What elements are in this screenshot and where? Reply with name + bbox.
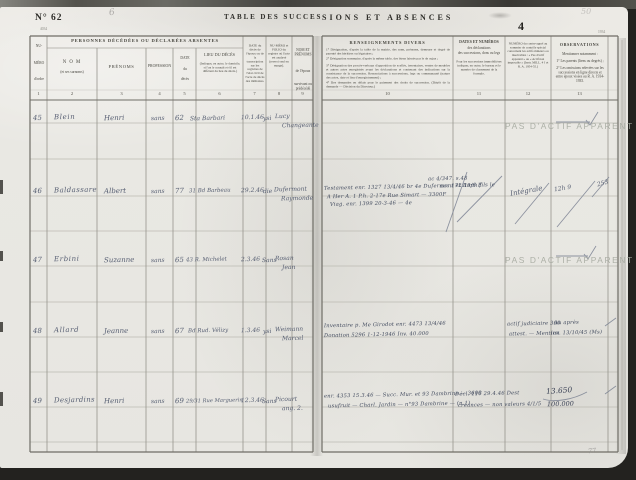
- entry-age: 67: [175, 327, 184, 335]
- col11-sub2: des successions, dons ou legs: [455, 51, 503, 55]
- col10-paragraph-1: 1° Désignation, d'après la table de la m…: [326, 48, 450, 56]
- entry-nom: Allard: [54, 326, 79, 335]
- entry-date-depot: 29.2.46: [241, 187, 264, 194]
- col11-title: DATES ET NUMÉROS: [453, 40, 505, 44]
- col9-line3: survivant ou prédécédé: [293, 82, 312, 91]
- col9-number: 9: [292, 91, 313, 96]
- col11-note: Pour les successions immobilières indiqu…: [456, 60, 502, 76]
- entry-epoux-2: ang. 2.: [282, 405, 303, 412]
- entry-lieu: 29/31 Rue Marguerin: [186, 397, 243, 404]
- col3-title: PRÉNOMS: [97, 64, 146, 69]
- entry-folio: ysi: [263, 328, 272, 335]
- entry-num: 46: [33, 187, 42, 195]
- col4-number: 4: [146, 91, 173, 96]
- page-title-left: TABLE DES SUCCES: [224, 13, 322, 21]
- entry-lieu: 31 Bd Barbeau: [189, 188, 231, 195]
- col5-line1: DATE: [173, 56, 196, 60]
- print-reference: 1934: [598, 30, 628, 34]
- entry-date-depot: 1.3.46: [241, 327, 260, 334]
- col6-note: (Indiquer, en outre, le domicile, si l'o…: [198, 62, 241, 74]
- col11-number: 11: [453, 91, 505, 96]
- pencil-top-right: 50: [581, 7, 591, 16]
- page-title-right: SIONS ET ABSENCES: [322, 13, 453, 22]
- col5-number: 5: [173, 91, 196, 96]
- col9-line1: NOM ET PRÉNOMS: [293, 48, 312, 57]
- col3-number: 3: [97, 91, 146, 96]
- form-number: N° 62: [35, 13, 63, 23]
- col7-number: 7: [243, 91, 266, 96]
- entry-epoux: Dufermont: [274, 186, 307, 194]
- entry-date-depot: 2.3.46: [241, 256, 260, 263]
- entry-epoux-2: Raymonde: [281, 195, 313, 203]
- entry-folio: ysi: [263, 115, 272, 122]
- entry-epoux-2: Marcel: [282, 335, 304, 342]
- pencil-annotation: 6: [108, 8, 115, 19]
- col5-line2: du: [173, 67, 196, 71]
- col8-text: NU-MÉRO et FOLIO du registre où l'acte e…: [268, 44, 290, 68]
- col13-sub3: 2° Les omissions relevées sur les succes…: [554, 66, 605, 83]
- col13-sub2: 1° Les parents (liens ou degrés) ;: [554, 59, 605, 63]
- col6-number: 6: [196, 91, 243, 96]
- entry-prenoms: Albert: [104, 187, 126, 195]
- entry-epoux: Weimann: [275, 326, 303, 334]
- entry-num: 45: [33, 114, 42, 122]
- entry-col13-note-2: inv. 13/10/45 (Ms): [551, 329, 602, 336]
- form-reference: 4034: [40, 27, 70, 31]
- col1-line1: NU-: [30, 44, 47, 48]
- entry-profession: sans: [151, 115, 165, 122]
- entry-date-depot: 10.1.46: [241, 114, 264, 121]
- col2-number: 2: [47, 91, 97, 96]
- entry-folio: die: [263, 188, 272, 195]
- entry-profession: sans: [151, 328, 165, 335]
- entry-age: 77: [175, 187, 184, 195]
- entry-epoux: Picourt: [275, 396, 297, 403]
- col1-number: 1: [30, 91, 47, 96]
- entry-col13-note: Au après: [554, 320, 579, 327]
- entry-lieu: Bd Rud. Vélizy: [188, 328, 228, 335]
- group-header: PERSONNES DÉCÉDÉES OU DÉCLARÉES ABSENTES: [47, 38, 243, 43]
- entry-profession: sans: [151, 188, 165, 195]
- entry-col12-note: actif judiciaire 300: [507, 320, 561, 327]
- entry-prenoms: Henri: [104, 397, 125, 405]
- scanned-register-spread: N° 62 4034 6 TABLE DES SUCCES SIONS ET A…: [0, 0, 636, 480]
- entry-epoux: Lucy: [275, 113, 290, 120]
- col13-sub1: Mentionner notamment :: [554, 52, 605, 56]
- entry-col11-note: acc 172.19/8 E: [440, 183, 482, 190]
- col1-line3: d'ordre: [30, 77, 47, 81]
- entry-note-above: ac 4/347. s.48: [428, 176, 468, 183]
- entry-lieu: Sta Barbari: [190, 115, 225, 123]
- entry-epoux-2: Jean: [282, 264, 296, 271]
- col10-paragraph-2: 2° Désignation sommaire, d'après la même…: [326, 57, 450, 61]
- entry-amount-2: 100.000: [547, 400, 574, 409]
- entry-num: 48: [33, 327, 42, 335]
- col10-title: RENSEIGNEMENTS DIVERS: [322, 40, 453, 45]
- entry-prenoms: Suzanne: [104, 256, 134, 265]
- entry-profession: sans: [151, 398, 165, 405]
- folio-pencil-mark: 77: [587, 446, 596, 455]
- col12-number: 12: [505, 91, 551, 96]
- entry-age: 62: [175, 114, 184, 122]
- entry-date-depot: 12.3.46: [241, 397, 264, 404]
- col11-sub1: des déclarations: [455, 46, 503, 50]
- entry-nom: Erbini: [54, 255, 80, 264]
- pas-actif-stamp: PAS D'ACTIF APPARENT: [505, 255, 634, 265]
- col10-number: 10: [322, 91, 453, 96]
- col7-text: DATE du décès de l'époux ou de la transc…: [245, 44, 264, 84]
- col6-title: LIEU DU DÉCÈS: [196, 52, 243, 57]
- entry-nom: Desjardins: [54, 396, 95, 405]
- col13-title: OBSERVATIONS: [551, 42, 608, 47]
- entry-num: 47: [33, 256, 42, 264]
- entry-nom: Blein: [54, 113, 75, 121]
- entry-amount: 13.650: [546, 385, 573, 396]
- entry-prenoms: Jeanne: [104, 327, 128, 336]
- entry-nom: Baldassare: [54, 186, 97, 195]
- col2-title: N O M: [47, 60, 97, 65]
- entry-age: 65: [175, 256, 184, 264]
- entry-num: 49: [33, 397, 42, 405]
- entry-profession: sans: [151, 257, 165, 264]
- entry-epoux: Rosan: [275, 255, 294, 262]
- col13-number: 13: [551, 91, 608, 96]
- col5-line3: décès: [173, 77, 196, 81]
- col8-number: 8: [266, 91, 292, 96]
- col4-title: PROFESSION: [146, 64, 173, 68]
- col10-paragraph-4: 4° Des demandes en délais pour le paieme…: [326, 81, 450, 89]
- entry-epoux-2: Changeante: [282, 122, 319, 130]
- page-number: 4: [518, 19, 524, 34]
- entry-lieu: 43 R. Michelet: [186, 257, 227, 264]
- entry-age: 69: [175, 397, 184, 405]
- col12-text: NUMÉRO du contre-appel au sommier de con…: [507, 42, 549, 69]
- col10-paragraph-3: 3° Désignation des procès-verbaux d'appo…: [326, 64, 450, 80]
- col9-line2: de l'époux: [293, 69, 312, 73]
- pas-actif-stamp: PAS D'ACTIF APPARENT: [505, 121, 634, 131]
- col2-sub: (et ses surnoms): [47, 70, 97, 74]
- col1-line2: MÉRO: [30, 61, 47, 65]
- entry-prenoms: Henri: [104, 114, 125, 122]
